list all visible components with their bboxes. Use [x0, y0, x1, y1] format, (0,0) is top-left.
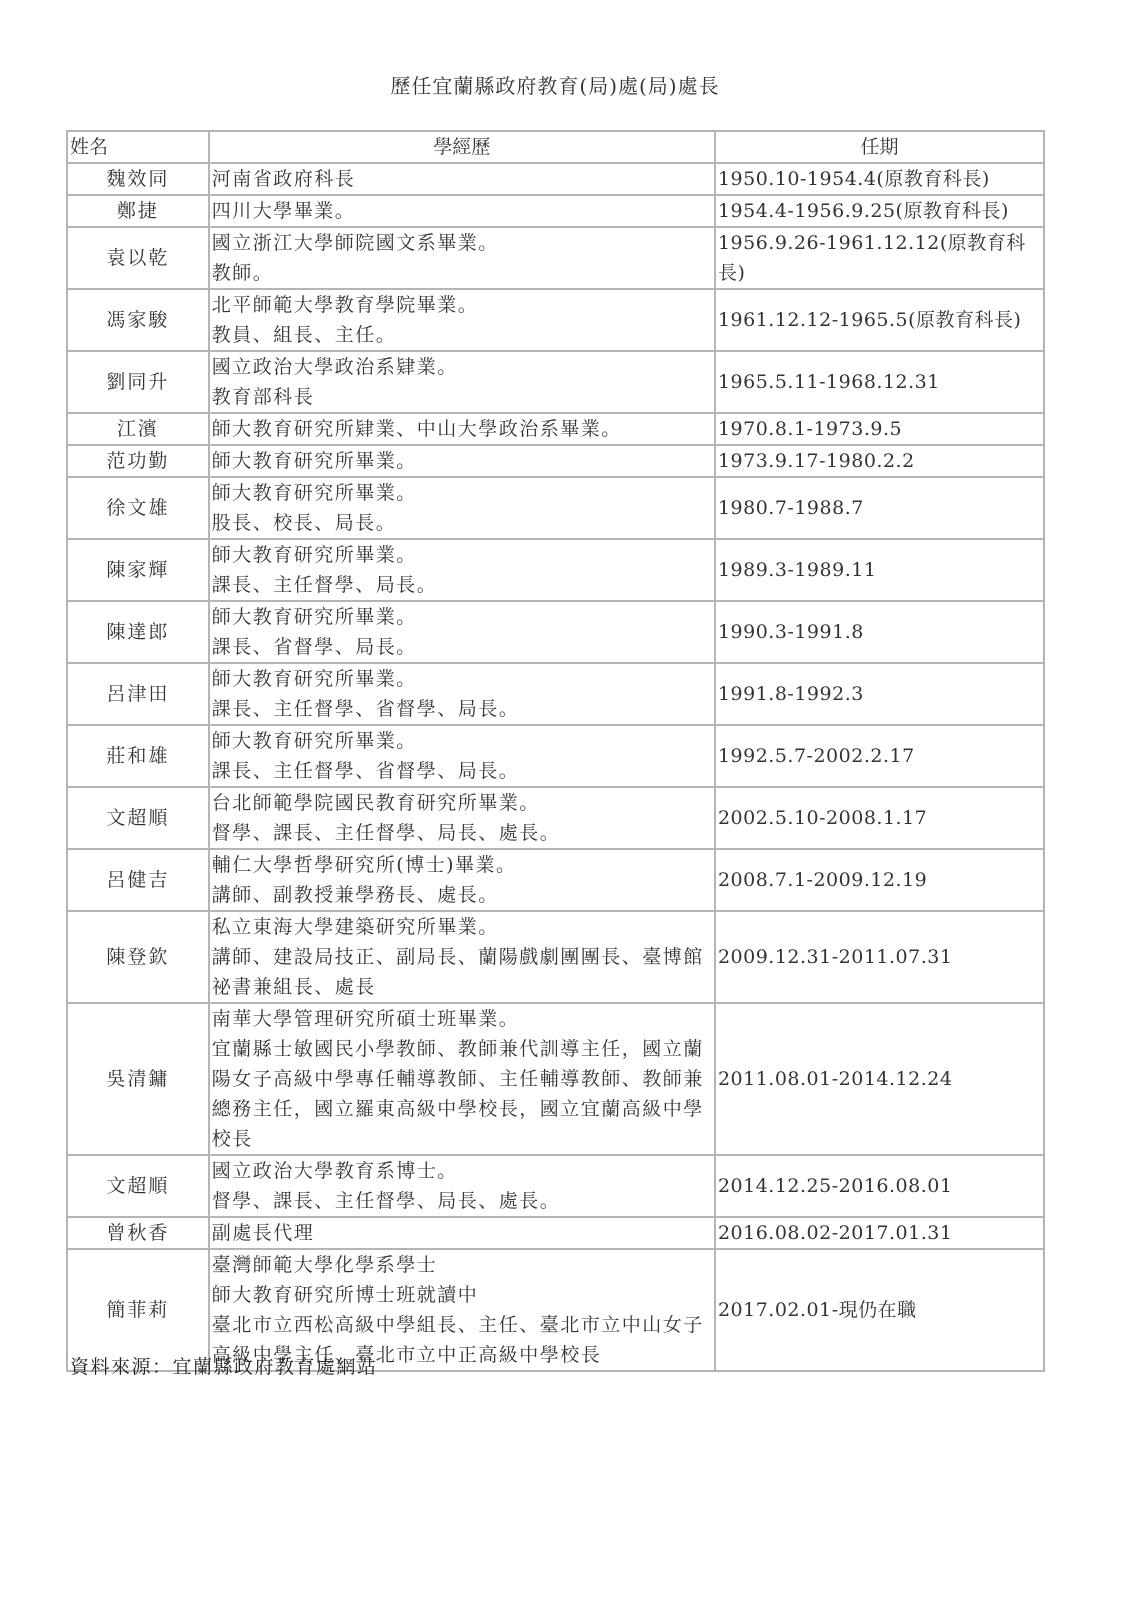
- background-line: 四川大學畢業。: [212, 196, 712, 226]
- table-row: 陳達郎師大教育研究所畢業。課長、省督學、局長。1990.3-1991.8: [67, 601, 1044, 663]
- director-name: 陳達郎: [67, 601, 209, 663]
- table-row: 曾秋香副處長代理2016.08.02-2017.01.31: [67, 1217, 1044, 1249]
- director-background: 國立浙江大學師院國文系畢業。教師。: [209, 227, 715, 289]
- header-term: 任期: [715, 131, 1044, 163]
- director-background: 國立政治大學政治系肄業。教育部科長: [209, 351, 715, 413]
- header-name: 姓名: [67, 131, 209, 163]
- director-name: 鄭捷: [67, 195, 209, 227]
- term-of-office: 2009.12.31-2011.07.31: [715, 911, 1044, 1003]
- term-of-office: 1950.10-1954.4(原教育科長): [715, 163, 1044, 195]
- term-of-office: 1954.4-1956.9.25(原教育科長): [715, 195, 1044, 227]
- background-line: 宜蘭縣士敏國民小學教師、教師兼代訓導主任，國立蘭陽女子高級中學專任輔導教師、主任…: [212, 1034, 712, 1154]
- director-background: 北平師範大學教育學院畢業。教員、組長、主任。: [209, 289, 715, 351]
- table-row: 文超順台北師範學院國民教育研究所畢業。督學、課長、主任督學、局長、處長。2002…: [67, 787, 1044, 849]
- background-line: 輔仁大學哲學研究所(博士)畢業。: [212, 850, 712, 880]
- director-name: 陳登欽: [67, 911, 209, 1003]
- director-background: 輔仁大學哲學研究所(博士)畢業。講師、副教授兼學務長、處長。: [209, 849, 715, 911]
- table-row: 徐文雄師大教育研究所畢業。股長、校長、局長。1980.7-1988.7: [67, 477, 1044, 539]
- term-of-office: 1989.3-1989.11: [715, 539, 1044, 601]
- director-name: 呂津田: [67, 663, 209, 725]
- background-line: 台北師範學院國民教育研究所畢業。: [212, 788, 712, 818]
- background-line: 河南省政府科長: [212, 164, 712, 194]
- table-row: 文超順國立政治大學教育系博士。督學、課長、主任督學、局長、處長。2014.12.…: [67, 1155, 1044, 1217]
- background-line: 教師。: [212, 258, 712, 288]
- table-row: 呂健吉輔仁大學哲學研究所(博士)畢業。講師、副教授兼學務長、處長。2008.7.…: [67, 849, 1044, 911]
- background-line: 課長、主任督學、省督學、局長。: [212, 756, 712, 786]
- director-name: 曾秋香: [67, 1217, 209, 1249]
- director-name: 文超順: [67, 1155, 209, 1217]
- director-background: 私立東海大學建築研究所畢業。講師、建設局技正、副局長、蘭陽戲劇團團長、臺博館祕書…: [209, 911, 715, 1003]
- term-of-office: 2002.5.10-2008.1.17: [715, 787, 1044, 849]
- term-of-office: 1965.5.11-1968.12.31: [715, 351, 1044, 413]
- background-line: 課長、省督學、局長。: [212, 632, 712, 662]
- director-background: 師大教育研究所畢業。課長、省督學、局長。: [209, 601, 715, 663]
- table-row: 呂津田師大教育研究所畢業。課長、主任督學、省督學、局長。1991.8-1992.…: [67, 663, 1044, 725]
- header-background: 學經歷: [209, 131, 715, 163]
- term-of-office: 2008.7.1-2009.12.19: [715, 849, 1044, 911]
- director-history-table: 姓名 學經歷 任期 魏效同河南省政府科長1950.10-1954.4(原教育科長…: [66, 130, 1045, 1372]
- background-line: 南華大學管理研究所碩士班畢業。: [212, 1004, 712, 1034]
- background-line: 私立東海大學建築研究所畢業。: [212, 912, 712, 942]
- term-of-office: 1973.9.17-1980.2.2: [715, 445, 1044, 477]
- director-name: 徐文雄: [67, 477, 209, 539]
- background-line: 北平師範大學教育學院畢業。: [212, 290, 712, 320]
- director-background: 南華大學管理研究所碩士班畢業。宜蘭縣士敏國民小學教師、教師兼代訓導主任，國立蘭陽…: [209, 1003, 715, 1155]
- background-line: 師大教育研究所肄業、中山大學政治系畢業。: [212, 414, 712, 444]
- director-name: 范功勤: [67, 445, 209, 477]
- table-row: 范功勤師大教育研究所畢業。1973.9.17-1980.2.2: [67, 445, 1044, 477]
- table-row: 陳家輝師大教育研究所畢業。課長、主任督學、局長。1989.3-1989.11: [67, 539, 1044, 601]
- background-line: 講師、副教授兼學務長、處長。: [212, 880, 712, 910]
- background-line: 講師、建設局技正、副局長、蘭陽戲劇團團長、臺博館祕書兼組長、處長: [212, 942, 712, 1002]
- director-background: 師大教育研究所畢業。課長、主任督學、省督學、局長。: [209, 725, 715, 787]
- table-header-row: 姓名 學經歷 任期: [67, 131, 1044, 163]
- background-line: 股長、校長、局長。: [212, 508, 712, 538]
- table-row: 吳清鏞南華大學管理研究所碩士班畢業。宜蘭縣士敏國民小學教師、教師兼代訓導主任，國…: [67, 1003, 1044, 1155]
- director-background: 師大教育研究所畢業。股長、校長、局長。: [209, 477, 715, 539]
- director-name: 江濱: [67, 413, 209, 445]
- background-line: 課長、主任督學、局長。: [212, 570, 712, 600]
- page-title: 歷任宜蘭縣政府教育(局)處(局)處長: [0, 70, 1110, 99]
- director-background: 國立政治大學教育系博士。督學、課長、主任督學、局長、處長。: [209, 1155, 715, 1217]
- director-background: 師大教育研究所畢業。課長、主任督學、局長。: [209, 539, 715, 601]
- director-background: 四川大學畢業。: [209, 195, 715, 227]
- background-line: 副處長代理: [212, 1218, 712, 1248]
- director-background: 師大教育研究所畢業。課長、主任督學、省督學、局長。: [209, 663, 715, 725]
- term-of-office: 1991.8-1992.3: [715, 663, 1044, 725]
- director-name: 文超順: [67, 787, 209, 849]
- director-name: 莊和雄: [67, 725, 209, 787]
- background-line: 督學、課長、主任督學、局長、處長。: [212, 818, 712, 848]
- table-body: 魏效同河南省政府科長1950.10-1954.4(原教育科長)鄭捷四川大學畢業。…: [67, 163, 1044, 1371]
- background-line: 臺灣師範大學化學系學士: [212, 1250, 712, 1280]
- director-background: 台北師範學院國民教育研究所畢業。督學、課長、主任督學、局長、處長。: [209, 787, 715, 849]
- term-of-office: 2014.12.25-2016.08.01: [715, 1155, 1044, 1217]
- director-name: 吳清鏞: [67, 1003, 209, 1155]
- director-name: 陳家輝: [67, 539, 209, 601]
- table-row: 魏效同河南省政府科長1950.10-1954.4(原教育科長): [67, 163, 1044, 195]
- table-row: 陳登欽私立東海大學建築研究所畢業。講師、建設局技正、副局長、蘭陽戲劇團團長、臺博…: [67, 911, 1044, 1003]
- background-line: 師大教育研究所畢業。: [212, 602, 712, 632]
- term-of-office: 1990.3-1991.8: [715, 601, 1044, 663]
- background-line: 師大教育研究所博士班就讀中: [212, 1280, 712, 1310]
- background-line: 師大教育研究所畢業。: [212, 478, 712, 508]
- term-of-office: 2016.08.02-2017.01.31: [715, 1217, 1044, 1249]
- background-line: 師大教育研究所畢業。: [212, 664, 712, 694]
- table-row: 馮家駿北平師範大學教育學院畢業。教員、組長、主任。1961.12.12-1965…: [67, 289, 1044, 351]
- director-name: 袁以乾: [67, 227, 209, 289]
- director-background: 河南省政府科長: [209, 163, 715, 195]
- director-name: 馮家駿: [67, 289, 209, 351]
- background-line: 督學、課長、主任督學、局長、處長。: [212, 1186, 712, 1216]
- term-of-office: 1956.9.26-1961.12.12(原教育科長): [715, 227, 1044, 289]
- table-row: 鄭捷四川大學畢業。1954.4-1956.9.25(原教育科長): [67, 195, 1044, 227]
- background-line: 教員、組長、主任。: [212, 320, 712, 350]
- background-line: 師大教育研究所畢業。: [212, 726, 712, 756]
- source-note: 資料來源：宜蘭縣政府教育處網站: [70, 1352, 378, 1379]
- director-name: 劉同升: [67, 351, 209, 413]
- director-background: 副處長代理: [209, 1217, 715, 1249]
- table-row: 莊和雄師大教育研究所畢業。課長、主任督學、省督學、局長。1992.5.7-200…: [67, 725, 1044, 787]
- background-line: 師大教育研究所畢業。: [212, 540, 712, 570]
- term-of-office: 1961.12.12-1965.5(原教育科長): [715, 289, 1044, 351]
- table-row: 袁以乾國立浙江大學師院國文系畢業。教師。1956.9.26-1961.12.12…: [67, 227, 1044, 289]
- director-name: 魏效同: [67, 163, 209, 195]
- director-background: 師大教育研究所畢業。: [209, 445, 715, 477]
- background-line: 國立政治大學教育系博士。: [212, 1156, 712, 1186]
- background-line: 師大教育研究所畢業。: [212, 446, 712, 476]
- term-of-office: 1992.5.7-2002.2.17: [715, 725, 1044, 787]
- term-of-office: 2017.02.01-現仍在職: [715, 1249, 1044, 1371]
- table-row: 江濱師大教育研究所肄業、中山大學政治系畢業。1970.8.1-1973.9.5: [67, 413, 1044, 445]
- term-of-office: 1980.7-1988.7: [715, 477, 1044, 539]
- background-line: 國立政治大學政治系肄業。: [212, 352, 712, 382]
- table-row: 劉同升國立政治大學政治系肄業。教育部科長1965.5.11-1968.12.31: [67, 351, 1044, 413]
- background-line: 國立浙江大學師院國文系畢業。: [212, 228, 712, 258]
- director-name: 呂健吉: [67, 849, 209, 911]
- director-background: 師大教育研究所肄業、中山大學政治系畢業。: [209, 413, 715, 445]
- term-of-office: 2011.08.01-2014.12.24: [715, 1003, 1044, 1155]
- term-of-office: 1970.8.1-1973.9.5: [715, 413, 1044, 445]
- background-line: 教育部科長: [212, 382, 712, 412]
- background-line: 課長、主任督學、省督學、局長。: [212, 694, 712, 724]
